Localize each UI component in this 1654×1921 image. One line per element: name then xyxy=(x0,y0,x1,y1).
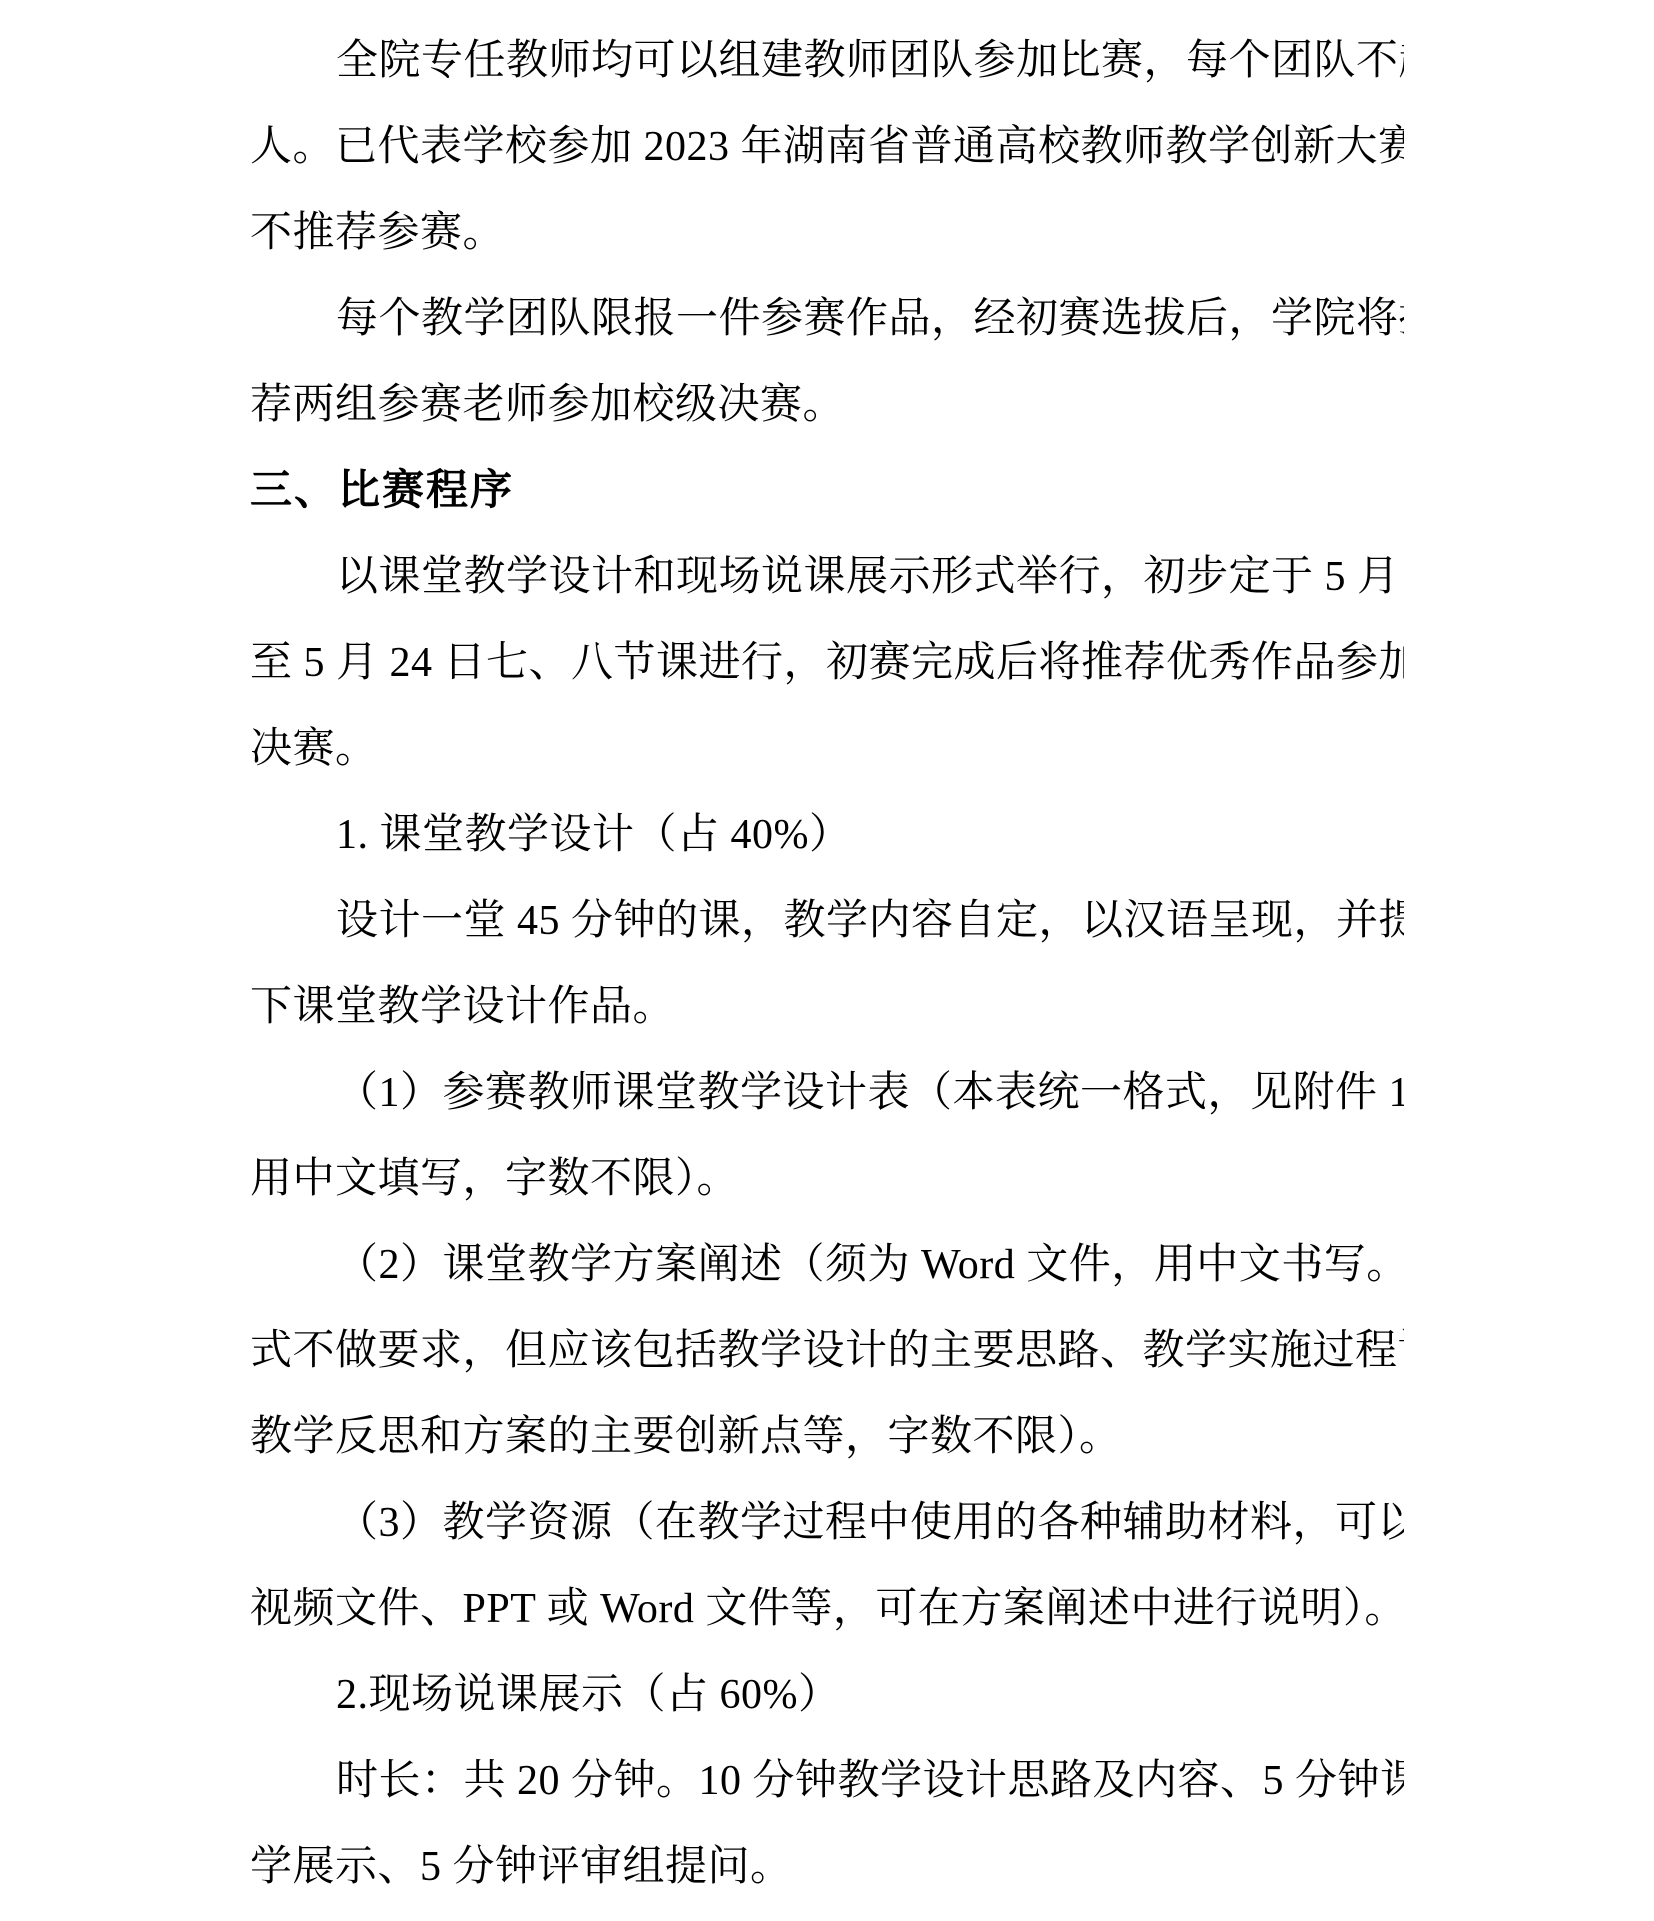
paragraph-line: 视频文件、PPT 或 Word 文件等，可在方案阐述中进行说明）。 xyxy=(250,1566,1404,1652)
section-heading: 三、比赛程序 xyxy=(250,448,1404,534)
paragraph-line: （2）课堂教学方案阐述（须为 Word 文件，用中文书写。具体格 xyxy=(250,1222,1404,1308)
paragraph-line: 下课堂教学设计作品。 xyxy=(250,964,1404,1050)
paragraph-line: （1）参赛教师课堂教学设计表（本表统一格式，见附件 1，使 xyxy=(250,1050,1404,1136)
paragraph-line: 至 5 月 24 日七、八节课进行，初赛完成后将推荐优秀作品参加学校 xyxy=(250,620,1404,706)
paragraph-line: 人。已代表学校参加 2023 年湖南省普通高校教师教学创新大赛的， xyxy=(250,104,1404,190)
paragraph-line: 学展示、5 分钟评审组提问。 xyxy=(250,1824,1404,1910)
paragraph-line: 时长：共 20 分钟。10 分钟教学设计思路及内容、5 分钟课堂教 xyxy=(250,1738,1404,1824)
list-item-line: 1. 课堂教学设计（占 40%） xyxy=(250,792,1404,878)
paragraph-line: 决赛。 xyxy=(250,706,1404,792)
paragraph-line: 设计一堂 45 分钟的课，教学内容自定，以汉语呈现，并提交如 xyxy=(250,878,1404,964)
paragraph-line: 以课堂教学设计和现场说课展示形式举行，初步定于 5 月 22 日 xyxy=(250,534,1404,620)
list-item-line: 2.现场说课展示（占 60%） xyxy=(250,1652,1404,1738)
paragraph-line: 荐两组参赛老师参加校级决赛。 xyxy=(250,362,1404,448)
paragraph-line: 用中文填写，字数不限）。 xyxy=(250,1136,1404,1222)
paragraph-line: 全院专任教师均可以组建教师团队参加比赛，每个团队不超过 5 xyxy=(250,18,1404,104)
paragraph-line: （3）教学资源（在教学过程中使用的各种辅助材料，可以是音 xyxy=(250,1480,1404,1566)
document-page: 全院专任教师均可以组建教师团队参加比赛，每个团队不超过 5 人。已代表学校参加 … xyxy=(0,0,1654,1921)
paragraph-line: 式不做要求，但应该包括教学设计的主要思路、教学实施过程说明、 xyxy=(250,1308,1404,1394)
paragraph-line: 不推荐参赛。 xyxy=(250,190,1404,276)
paragraph-line: 每个教学团队限报一件参赛作品，经初赛选拔后，学院将择优推 xyxy=(250,276,1404,362)
paragraph-line: 教学反思和方案的主要创新点等，字数不限）。 xyxy=(250,1394,1404,1480)
